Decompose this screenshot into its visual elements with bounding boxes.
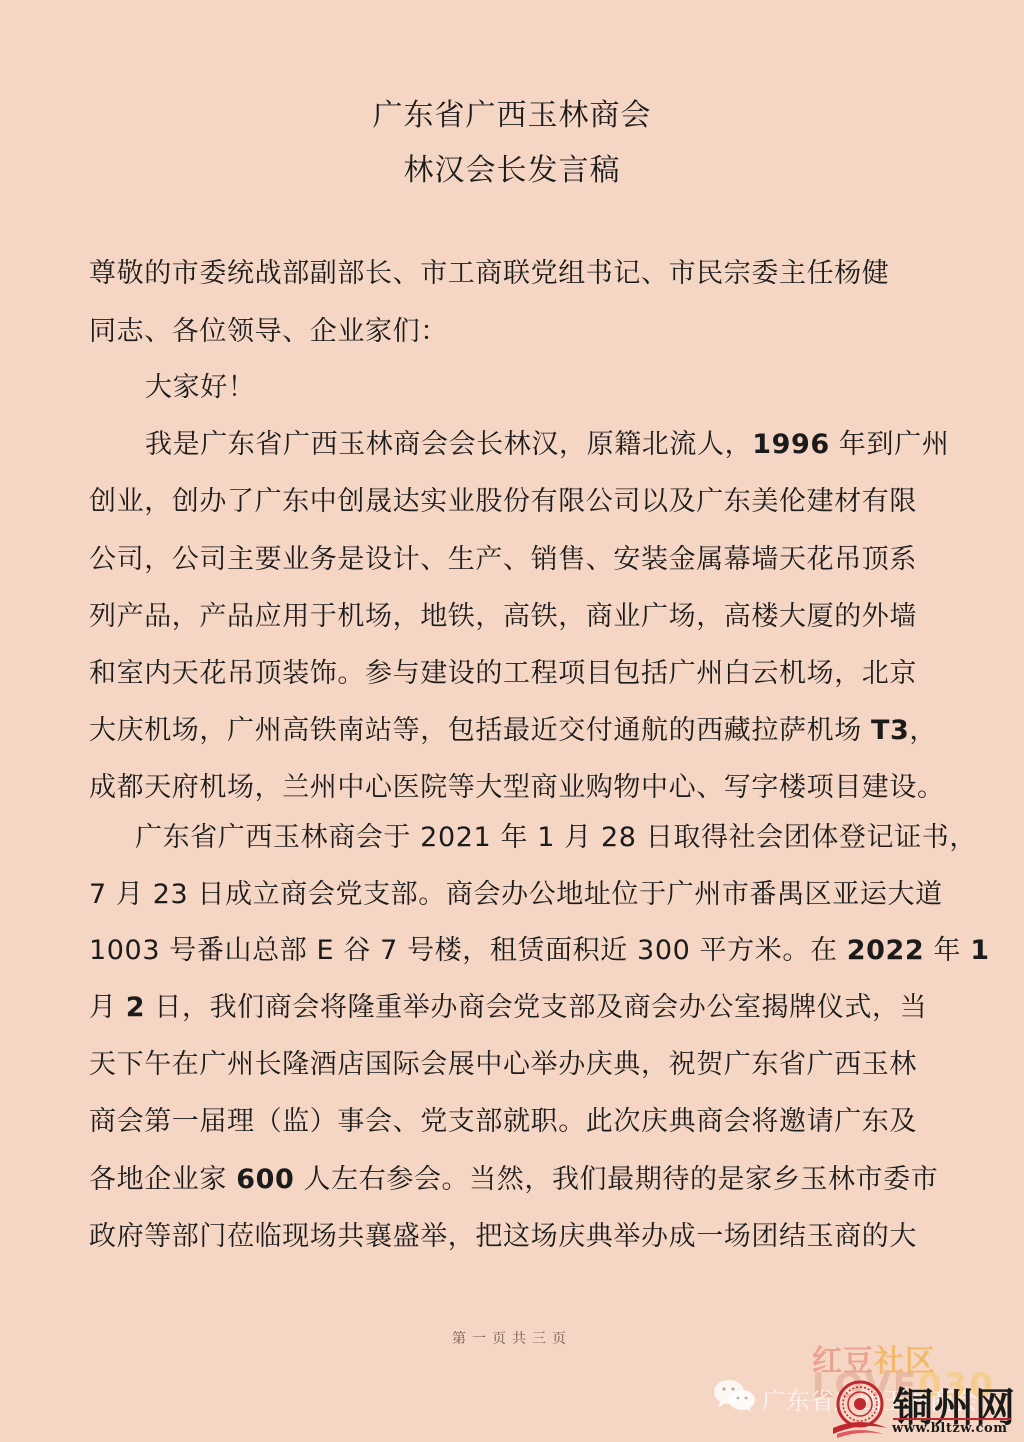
paragraph-2-line-5: 天下午在广州长隆酒店国际会展中心举办庆典，祝贺广东省广西玉林 — [89, 1047, 917, 1083]
text-segment: 1003 号番山总部 E 谷 7 号楼，租赁面积近 300 平方米。在 — [89, 935, 847, 966]
text-segment: 年 — [924, 935, 970, 966]
wechat-icon — [712, 1378, 758, 1412]
paragraph-1-line-3: 公司，公司主要业务是设计、生产、销售、安装金属幕墙天花吊顶系 — [89, 542, 917, 578]
text-segment: 年到广州 — [830, 429, 950, 460]
paragraph-1-line-5: 和室内天花吊顶装饰。参与建设的工程项目包括广州白云机场，北京 — [89, 656, 917, 692]
year-1996: 1996 — [752, 429, 830, 460]
document-title: 广东省广西玉林商会 — [0, 90, 1024, 134]
greeting: 大家好！ — [145, 370, 255, 406]
salutation-line-1: 尊敬的市委统战部副部长、市工商联党组书记、市民宗委主任杨健 — [89, 256, 889, 292]
paragraph-1-line-2: 创业，创办了广东中创晟达实业股份有限公司以及广东美伦建材有限 — [89, 484, 917, 520]
document-page: 广东省广西玉林商会 林汉会长发言稿 尊敬的市委统战部副部长、市工商联党组书记、市… — [0, 0, 1024, 1442]
text-segment: 日，我们商会将隆重举办商会党支部及商会办公室揭牌仪式，当 — [145, 992, 927, 1023]
paragraph-1-line-4: 列产品，产品应用于机场，地铁，高铁，商业广场，高楼大厦的外墙 — [89, 599, 917, 635]
month-1: 1 — [970, 935, 989, 966]
site-url-watermark: www.bltzw.com — [892, 1421, 1007, 1436]
day-2: 2 — [126, 992, 145, 1023]
document-subtitle: 林汉会长发言稿 — [0, 145, 1024, 189]
tongzhou-seal-logo-icon — [829, 1378, 891, 1440]
text-segment: 我是广东省广西玉林商会会长林汉，原籍北流人， — [145, 429, 752, 460]
paragraph-2-line-7: 各地企业家 600 人左右参会。当然，我们最期待的是家乡玉林市委市 — [89, 1162, 938, 1198]
text-segment: 大庆机场，广州高铁南站等，包括最近交付通航的西藏拉萨机场 — [89, 715, 871, 746]
text-segment: 人左右参会。当然，我们最期待的是家乡玉林市委市 — [294, 1164, 938, 1195]
text-segment: ， — [909, 715, 937, 746]
paragraph-2-line-6: 商会第一届理（监）事会、党支部就职。此次庆典商会将邀请广东及 — [89, 1104, 917, 1140]
divider — [893, 1418, 1011, 1420]
terminal-t3: T3 — [871, 715, 909, 746]
paragraph-2-line-4: 月 2 日，我们商会将隆重举办商会党支部及商会办公室揭牌仪式，当 — [89, 990, 927, 1026]
paragraph-2-line-3: 1003 号番山总部 E 谷 7 号楼，租赁面积近 300 平方米。在 2022… — [89, 933, 990, 969]
paragraph-2-line-8: 政府等部门莅临现场共襄盛举，把这场庆典举办成一场团结玉商的大 — [89, 1219, 917, 1255]
paragraph-2-line-1: 广东省广西玉林商会于 2021 年 1 月 28 日取得社会团体登记证书， — [135, 820, 977, 856]
paragraph-1-line-1: 我是广东省广西玉林商会会长林汉，原籍北流人，1996 年到广州 — [145, 427, 949, 463]
paragraph-2-line-2: 7 月 23 日成立商会党支部。商会办公地址位于广州市番禺区亚运大道 — [89, 877, 943, 913]
attendee-count: 600 — [236, 1164, 294, 1195]
paragraph-1-line-6: 大庆机场，广州高铁南站等，包括最近交付通航的西藏拉萨机场 T3， — [89, 713, 937, 749]
text-segment: 各地企业家 — [89, 1164, 236, 1195]
year-2022: 2022 — [847, 935, 925, 966]
paragraph-1-line-7: 成都天府机场，兰州中心医院等大型商业购物中心、写字楼项目建设。 — [89, 770, 945, 806]
salutation-line-2: 同志、各位领导、企业家们： — [89, 314, 448, 350]
text-segment: 月 — [89, 992, 126, 1023]
